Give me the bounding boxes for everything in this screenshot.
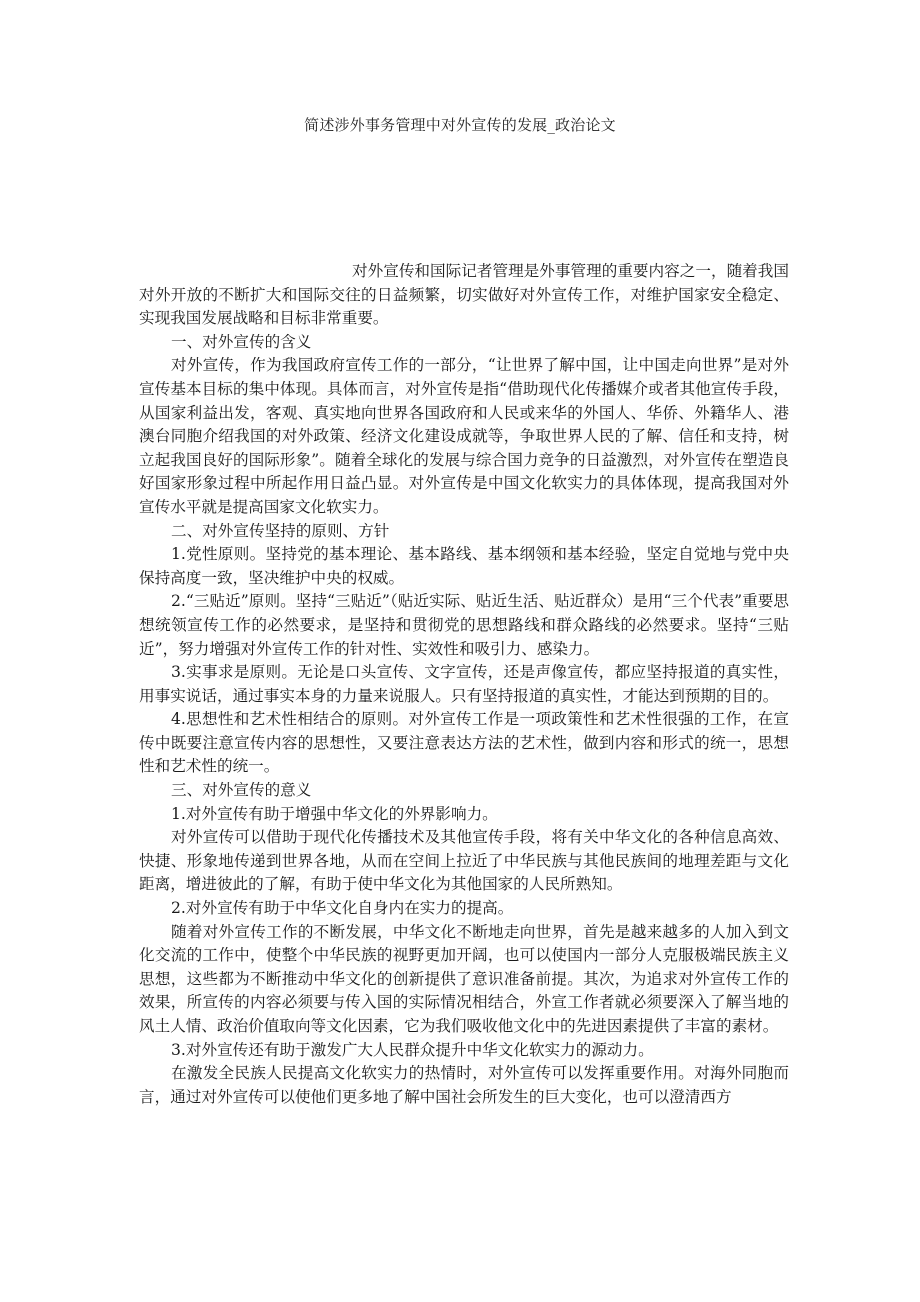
significance-1-heading: 1.对外宣传有助于增强中华文化的外界影响力。 xyxy=(139,803,789,827)
body-paragraph: 随着对外宣传工作的不断发展，中华文化不断地走向世界，首先是越来越多的人加入到文化… xyxy=(139,921,789,1039)
document-page: 简述涉外事务管理中对外宣传的发展_政治论文 对外宣传和国际记者管理是外事管理的重… xyxy=(0,0,920,1302)
section-heading-3: 三、对外宣传的意义 xyxy=(139,779,789,803)
significance-3-heading: 3.对外宣传还有助于激发广大人民群众提升中华文化软实力的源动力。 xyxy=(139,1039,789,1063)
section-heading-2: 二、对外宣传坚持的原则、方针 xyxy=(139,520,789,544)
section-heading-1: 一、对外宣传的含义 xyxy=(139,331,789,355)
principle-3-paragraph: 3.实事求是原则。无论是口头宣传、文字宣传，还是声像宣传，都应坚持报道的真实性，… xyxy=(139,661,789,708)
body-paragraph: 在激发全民族人民提高文化软实力的热情时，对外宣传可以发挥重要作用。对海外同胞而言… xyxy=(139,1062,789,1109)
significance-2-heading: 2.对外宣传有助于中华文化自身内在实力的提高。 xyxy=(139,897,789,921)
principle-1-paragraph: 1.党性原则。坚持党的基本理论、基本路线、基本纲领和基本经验，坚定自觉地与党中央… xyxy=(139,543,789,590)
document-title: 简述涉外事务管理中对外宣传的发展_政治论文 xyxy=(0,115,920,135)
document-body: 对外宣传和国际记者管理是外事管理的重要内容之一，随着我国对外开放的不断扩大和国际… xyxy=(139,260,789,1109)
principle-2-paragraph: 2.“三贴近”原则。坚持“三贴近”（贴近实际、贴近生活、贴近群众）是用“三个代表… xyxy=(139,590,789,661)
body-paragraph: 对外宣传可以借助于现代化传播技术及其他宣传手段，将有关中华文化的各种信息高效、快… xyxy=(139,826,789,897)
intro-paragraph: 对外宣传和国际记者管理是外事管理的重要内容之一，随着我国对外开放的不断扩大和国际… xyxy=(139,260,789,331)
principle-4-paragraph: 4.思想性和艺术性相结合的原则。对外宣传工作是一项政策性和艺术性很强的工作，在宣… xyxy=(139,708,789,779)
body-paragraph: 对外宣传，作为我国政府宣传工作的一部分，“让世界了解中国，让中国走向世界”是对外… xyxy=(139,354,789,519)
